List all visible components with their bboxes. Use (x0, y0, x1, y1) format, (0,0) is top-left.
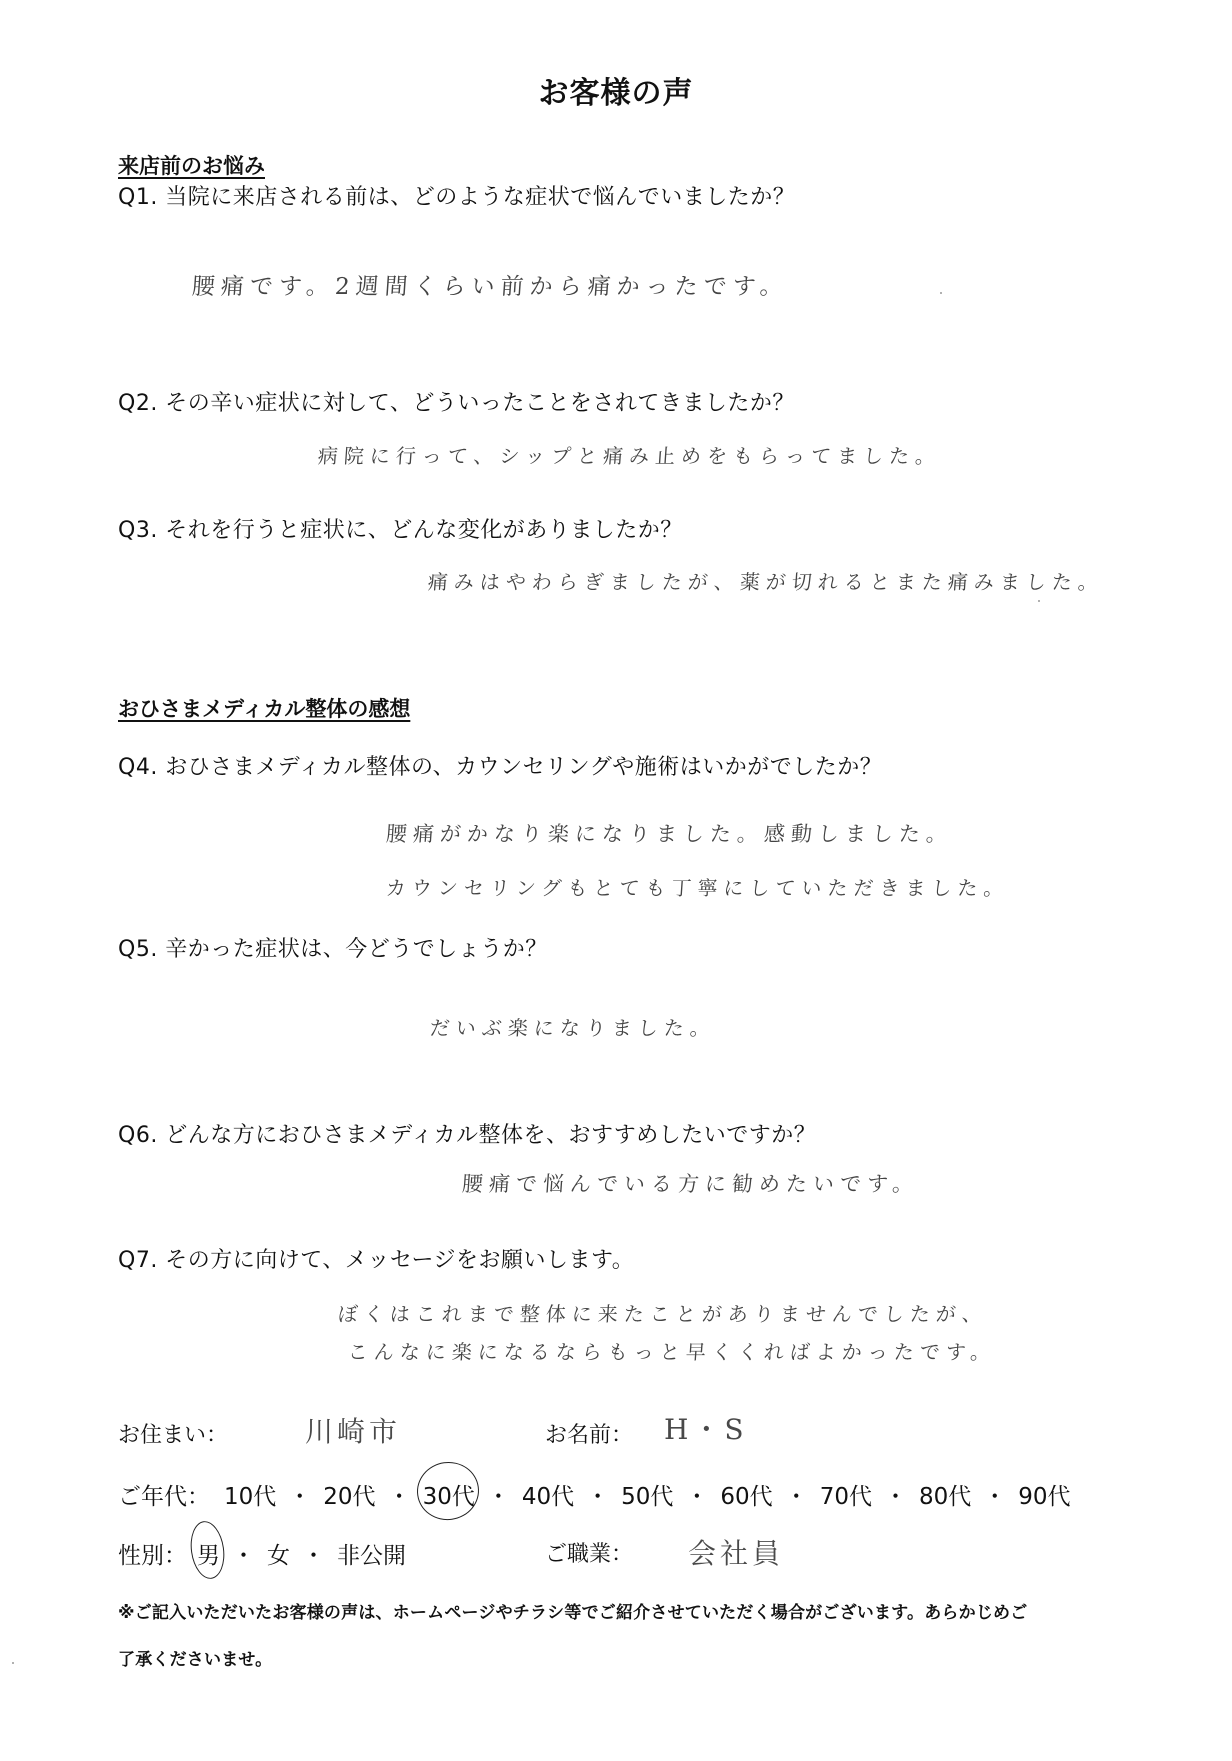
question-2: Q2. その辛い症状に対して、どういったことをされてきましたか？ (118, 386, 795, 417)
separator: ・ (232, 1537, 255, 1570)
separator: ・ (487, 1478, 510, 1511)
separator: ・ (685, 1478, 708, 1511)
address-label: お住まい： (118, 1418, 228, 1449)
notice-line-2: 了承くださいませ。 (118, 1645, 272, 1670)
separator: ・ (388, 1478, 411, 1511)
answer-3: 痛みはやわらぎましたが、薬が切れるとまた痛みました。 (427, 566, 1105, 595)
age-row: ご年代： 10代 ・ 20代 ・ 30代 ・ 40代 ・ 50代 ・ 60代 ・… (118, 1478, 1071, 1511)
page-title: お客様の声 (0, 68, 1232, 112)
question-6: Q6. どんな方におひさまメディカル整体を、おすすめしたいですか？ (118, 1118, 816, 1149)
answer-4-line-1: 腰痛がかなり楽になりました。感動しました。 (385, 818, 954, 848)
age-option-80s[interactable]: 80代 (919, 1478, 971, 1511)
scan-speck (12, 1662, 14, 1664)
notice-line-1: ※ご記入いただいたお客様の声は、ホームページやチラシ等でご紹介させていただく場合… (118, 1598, 1027, 1623)
answer-6: 腰痛で悩んでいる方に勧めたいです。 (461, 1168, 920, 1198)
age-option-70s[interactable]: 70代 (820, 1478, 872, 1511)
question-1: Q1. 当院に来店される前は、どのような症状で悩んでいましたか？ (118, 180, 795, 211)
scan-speck (1038, 600, 1040, 602)
occupation-label: ご職業： (545, 1537, 633, 1568)
section-heading-before-visit: 来店前のお悩み (118, 150, 265, 180)
age-option-50s[interactable]: 50代 (621, 1478, 673, 1511)
question-3: Q3. それを行うと症状に、どんな変化がありましたか？ (118, 513, 683, 544)
age-option-90s[interactable]: 90代 (1018, 1478, 1070, 1511)
separator: ・ (785, 1478, 808, 1511)
answer-7-line-1: ぼくはこれまで整体に来たことがありませんでしたが、 (337, 1298, 989, 1327)
separator: ・ (983, 1478, 1006, 1511)
separator: ・ (302, 1537, 325, 1570)
age-option-40s[interactable]: 40代 (522, 1478, 574, 1511)
questionnaire-page: お客様の声 来店前のお悩み Q1. 当院に来店される前は、どのような症状で悩んで… (0, 0, 1232, 1761)
answer-1: 腰痛です。2週間くらい前から痛かったです。 (191, 268, 790, 301)
age-option-10s[interactable]: 10代 (224, 1478, 276, 1511)
occupation-value: 会社員 (688, 1532, 784, 1572)
answer-5: だいぶ楽になりました。 (429, 1012, 717, 1041)
answer-2: 病院に行って、シップと痛み止めをもらってました。 (317, 440, 942, 469)
gender-option-undisclosed[interactable]: 非公開 (337, 1537, 406, 1570)
scan-speck (940, 292, 942, 294)
question-4: Q4. おひさまメディカル整体の、カウンセリングや施術はいかがでしたか？ (118, 750, 882, 781)
gender-label: 性別： (118, 1537, 187, 1570)
address-value: 川崎市 (305, 1410, 401, 1450)
name-value: H・S (664, 1408, 748, 1448)
gender-row: 性別： 男 ・ 女 ・ 非公開 (118, 1537, 406, 1570)
answer-7-line-2: こんなに楽になるならもっと早くくればよかったです。 (347, 1336, 997, 1365)
section-heading-impressions: おひさまメディカル整体の感想 (118, 693, 410, 723)
question-7: Q7. その方に向けて、メッセージをお願いします。 (118, 1243, 634, 1274)
separator: ・ (586, 1478, 609, 1511)
separator: ・ (884, 1478, 907, 1511)
separator: ・ (288, 1478, 311, 1511)
age-option-60s[interactable]: 60代 (720, 1478, 772, 1511)
gender-option-male-selected[interactable]: 男 (197, 1537, 220, 1570)
question-5: Q5. 辛かった症状は、今どうでしょうか？ (118, 932, 548, 963)
age-option-20s[interactable]: 20代 (323, 1478, 375, 1511)
answer-4-line-2: カウンセリングもとても丁寧にしていただきました。 (385, 872, 1011, 901)
age-option-30s-selected[interactable]: 30代 (423, 1478, 475, 1511)
age-label: ご年代： (118, 1478, 210, 1511)
gender-option-female[interactable]: 女 (267, 1537, 290, 1570)
name-label: お名前： (545, 1418, 633, 1449)
